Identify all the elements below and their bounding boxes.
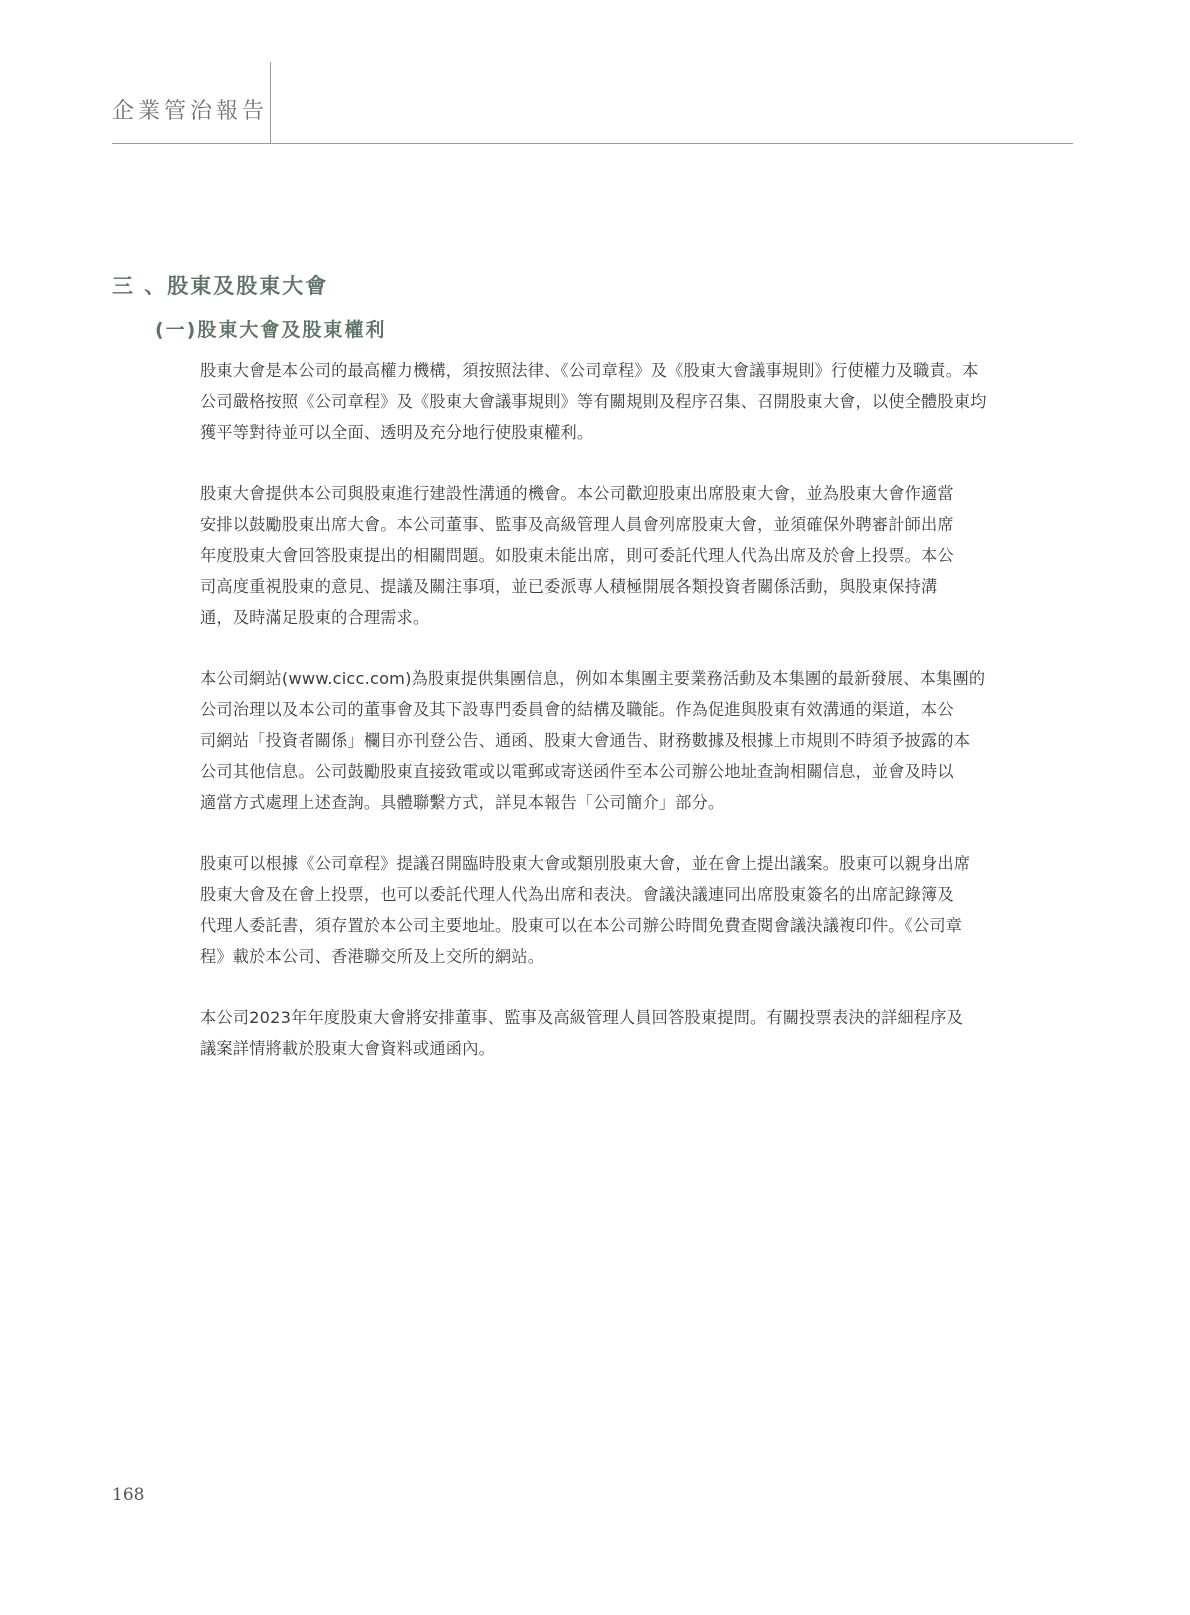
header-horizontal-divider <box>112 143 1073 144</box>
text-line: 年度股東大會回答股東提出的相關問題。如股東未能出席，則可委託代理人代為出席及於會… <box>200 540 1075 571</box>
text-line: 股東大會提供本公司與股東進行建設性溝通的機會。本公司歡迎股東出席股東大會，並為股… <box>200 478 1075 509</box>
text-line: 適當方式處理上述查詢。具體聯繫方式，詳見本報告「公司簡介」部分。 <box>200 787 1075 818</box>
text-line: 股東可以根據《公司章程》提議召開臨時股東大會或類別股東大會，並在會上提出議案。股… <box>200 848 1075 879</box>
text-line: 安排以鼓勵股東出席大會。本公司董事、監事及高級管理人員會列席股東大會，並須確保外… <box>200 509 1075 540</box>
text-line: 股東大會是本公司的最高權力機構，須按照法律、《公司章程》及《股東大會議事規則》行… <box>200 355 1075 386</box>
paragraph-shareholders-meeting-authority: 股東大會是本公司的最高權力機構，須按照法律、《公司章程》及《股東大會議事規則》行… <box>200 355 1075 448</box>
paragraph-company-website: 本公司網站(www.cicc.com)為股東提供集團信息，例如本集團主要業務活動… <box>200 663 1075 818</box>
text-line: 本公司2023年年度股東大會將安排董事、監事及高級管理人員回答股東提問。有關投票… <box>200 1002 1075 1033</box>
section-title: 三 、股東及股東大會 <box>112 270 328 300</box>
running-header-title: 企業管治報告 <box>112 94 268 125</box>
text-line: 議案詳情將載於股東大會資料或通函內。 <box>200 1033 1075 1064</box>
subsection-title: (一)股東大會及股東權利 <box>155 315 386 342</box>
text-line: 代理人委託書，須存置於本公司主要地址。股東可以在本公司辦公時間免費查閱會議決議複… <box>200 910 1075 941</box>
paragraph-shareholder-rights: 股東可以根據《公司章程》提議召開臨時股東大會或類別股東大會，並在會上提出議案。股… <box>200 848 1075 972</box>
page-header: 企業管治報告 <box>112 62 1072 144</box>
text-line: 公司嚴格按照《公司章程》及《股東大會議事規則》等有關規則及程序召集、召開股東大會… <box>200 386 1075 417</box>
text-line: 司高度重視股東的意見、提議及關注事項，並已委派專人積極開展各類投資者關係活動，與… <box>200 571 1075 602</box>
text-line: 獲平等對待並可以全面、透明及充分地行使股東權利。 <box>200 417 1075 448</box>
text-line: 股東大會及在會上投票，也可以委託代理人代為出席和表決。會議決議連同出席股東簽名的… <box>200 879 1075 910</box>
body-text: 股東大會是本公司的最高權力機構，須按照法律、《公司章程》及《股東大會議事規則》行… <box>200 355 1075 1094</box>
text-line: 公司其他信息。公司鼓勵股東直接致電或以電郵或寄送函件至本公司辦公地址查詢相關信息… <box>200 756 1075 787</box>
header-vertical-divider <box>270 62 271 144</box>
text-line: 通，及時滿足股東的合理需求。 <box>200 602 1075 633</box>
text-line: 程》載於本公司、香港聯交所及上交所的網站。 <box>200 941 1075 972</box>
paragraph-shareholder-communication: 股東大會提供本公司與股東進行建設性溝通的機會。本公司歡迎股東出席股東大會，並為股… <box>200 478 1075 633</box>
text-line: 公司治理以及本公司的董事會及其下設專門委員會的結構及職能。作為促進與股東有效溝通… <box>200 694 1075 725</box>
text-line: 司網站「投資者關係」欄目亦刊登公告、通函、股東大會通告、財務數據及根據上市規則不… <box>200 725 1075 756</box>
page-number: 168 <box>112 1485 144 1505</box>
paragraph-2023-agm: 本公司2023年年度股東大會將安排董事、監事及高級管理人員回答股東提問。有關投票… <box>200 1002 1075 1064</box>
text-line: 本公司網站(www.cicc.com)為股東提供集團信息，例如本集團主要業務活動… <box>200 663 1075 694</box>
